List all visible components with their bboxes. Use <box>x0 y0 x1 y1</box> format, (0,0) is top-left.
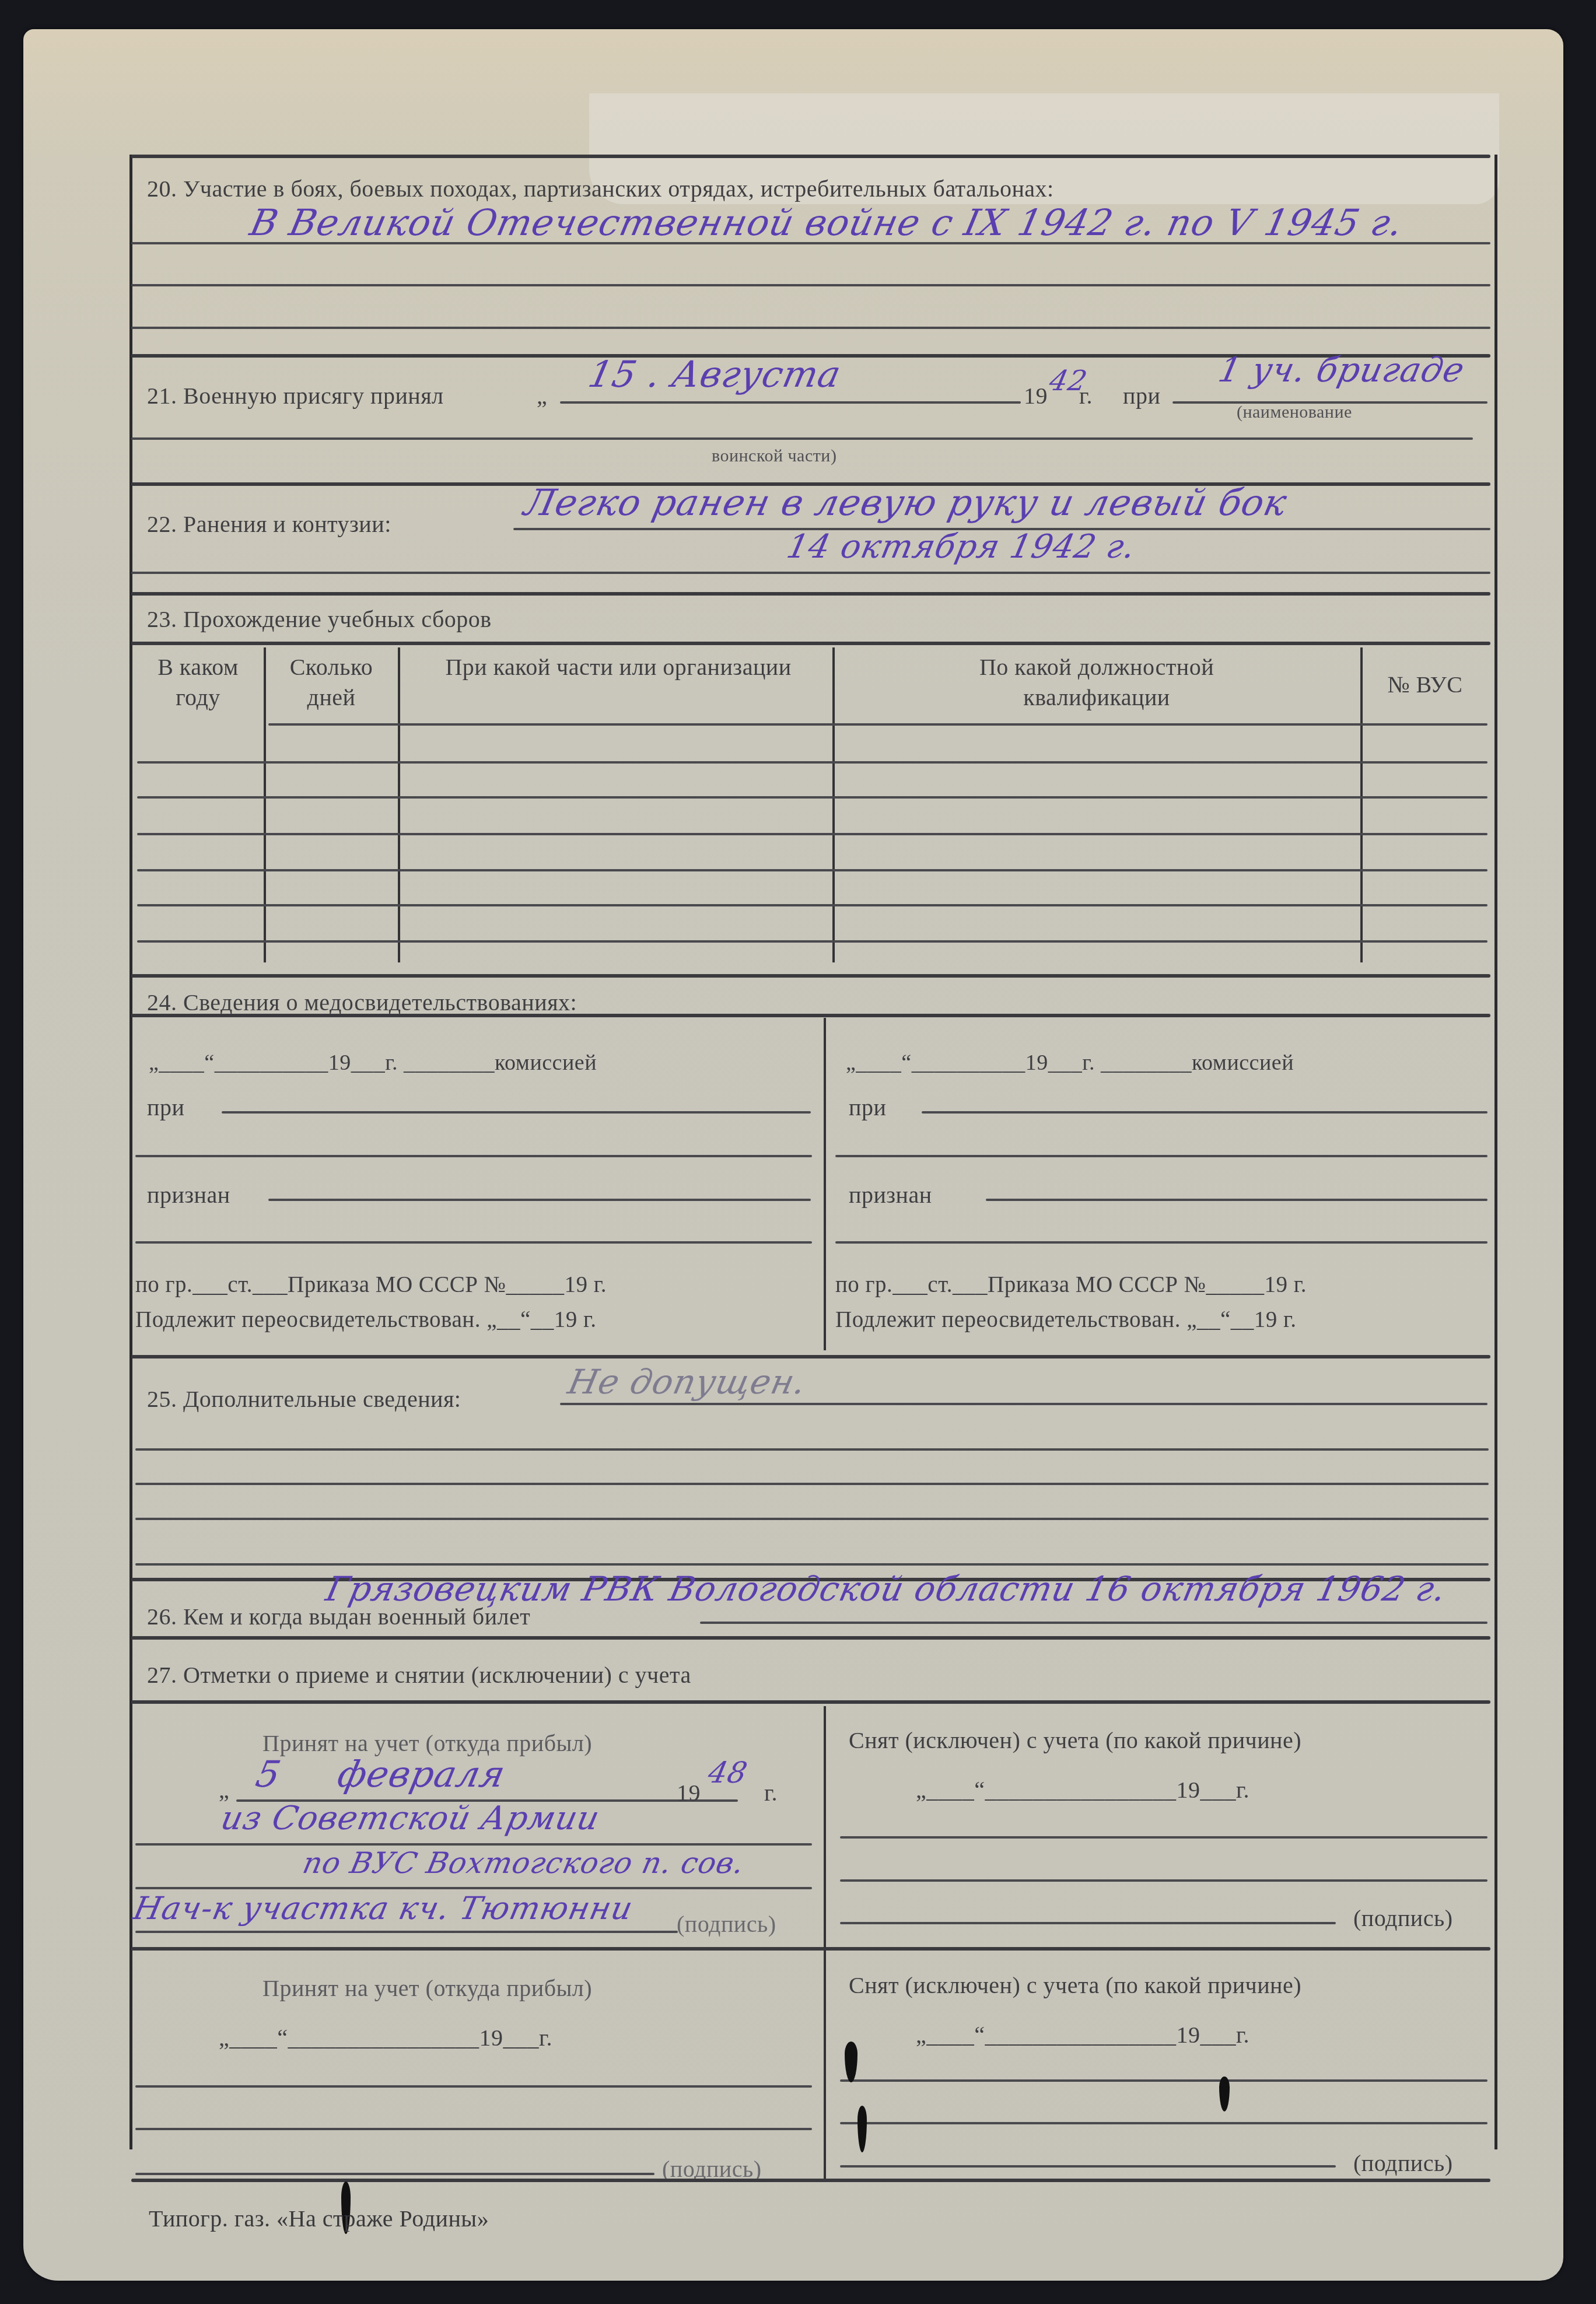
fill-line <box>922 1111 1487 1114</box>
accepted-date-2: „____“________________19___г. <box>219 2024 552 2051</box>
fill-line <box>835 1241 1487 1244</box>
bottom-border <box>131 2179 1490 2182</box>
fill-line <box>560 1403 1487 1405</box>
col-header-vus: № ВУС <box>1364 671 1486 698</box>
year-suffix: г. <box>1079 382 1093 409</box>
table-row-line <box>137 869 1487 871</box>
table-row-line <box>137 761 1487 764</box>
fill-line <box>135 1563 1489 1566</box>
accepted-year-prefix-1: 19 <box>677 1779 701 1806</box>
fill-line <box>135 1448 1489 1451</box>
col-divider <box>1360 647 1363 962</box>
med-order-line-right: по гр.___ст.___Приказа МО СССР №_____19 … <box>835 1272 1307 1298</box>
signature-line <box>135 2173 654 2175</box>
wound-handwritten-line2: 14 октября 1942 г. <box>783 528 1139 566</box>
accepted-label-2: Принят на учет (откуда прибыл) <box>262 1974 592 2002</box>
oath-unit-handwritten: 1 уч. бригаде <box>1215 350 1468 390</box>
fill-line <box>986 1199 1487 1201</box>
col-divider <box>832 647 835 962</box>
fill-line <box>268 1199 811 1201</box>
divider <box>131 1355 1490 1358</box>
oath-date-handwritten: 15 . Августа <box>584 353 845 395</box>
divider <box>131 1636 1490 1640</box>
table-top-border <box>131 642 1490 645</box>
fill-line <box>135 2128 812 2130</box>
section-24-split <box>824 1018 826 1350</box>
fill-line <box>131 327 1490 329</box>
med-date-line-right: „____“__________19___г. ________комиссие… <box>846 1050 1294 1076</box>
med-date-line-left: „____“__________19___г. ________комиссие… <box>149 1050 597 1076</box>
med-recheck-line-left: Подлежит переосвидетельствован. „__“__19… <box>135 1307 596 1333</box>
fill-line <box>700 1622 1487 1624</box>
table-row-line <box>137 796 1487 799</box>
signature-line <box>840 1922 1336 1924</box>
fill-line <box>135 1843 812 1846</box>
med-order-line-left: по гр.___ст.___Приказа МО СССР №_____19 … <box>135 1272 607 1298</box>
divider <box>131 1014 1490 1017</box>
accepted-year-suffix-1: г. <box>764 1779 778 1806</box>
removed-label-1: Снят (исключен) с учета (по какой причин… <box>849 1727 1301 1754</box>
col-header-year: В каком году <box>135 652 261 713</box>
table-row-line <box>137 904 1487 906</box>
med-priznan-left: признан <box>147 1181 230 1209</box>
section-24-label: 24. Сведения о медосвидетельствованиях: <box>147 989 577 1016</box>
fill-line <box>135 1518 1489 1520</box>
section-20-handwritten: В Великой Отечественной войне с IX 1942 … <box>246 201 1407 244</box>
signature-caption-1: (подпись) <box>677 1910 776 1938</box>
section-25-handwritten: Не допущен. <box>565 1362 810 1402</box>
open-quote: „ <box>537 382 547 409</box>
divider <box>131 1700 1490 1704</box>
med-pri-right: при <box>849 1094 886 1121</box>
removed-date-2: „____“________________19___г. <box>916 2021 1249 2049</box>
accepted-line1-handwritten-1: из Советской Армии <box>218 1799 603 1837</box>
fill-line <box>835 1155 1487 1157</box>
col-header-qualification: По какой должностной квалификации <box>910 652 1283 713</box>
divider <box>131 592 1490 596</box>
fill-line <box>135 1887 812 1889</box>
section-21-label: 21. Военную присягу принял <box>147 382 444 409</box>
wound-handwritten-line1: Легко ранен в левую руку и левый бок <box>520 481 1291 524</box>
fill-line <box>135 2085 812 2088</box>
section-20-label: 20. Участие в боях, боевых походах, парт… <box>147 175 1054 202</box>
fill-line <box>840 1879 1487 1882</box>
col-header-unit: При какой части или организации <box>443 652 793 682</box>
removed-date-1: „____“________________19___г. <box>916 1776 1249 1804</box>
col-divider <box>264 647 266 962</box>
signature-caption-2: (подпись) <box>1353 1904 1453 1932</box>
section-27-label: 27. Отметки о приеме и снятии (исключени… <box>147 1661 691 1689</box>
divider <box>131 155 1490 158</box>
signature-line <box>840 2165 1336 2168</box>
fill-line <box>135 1241 812 1244</box>
printer-imprint: Типогр. газ. «На страже Родины» <box>149 2205 489 2232</box>
section-25-label: 25. Дополнительные сведения: <box>147 1385 461 1413</box>
divider <box>131 974 1490 978</box>
table-row-line <box>137 833 1487 835</box>
date-fill-line <box>560 401 1021 404</box>
fill-line <box>840 2079 1487 2082</box>
fill-line <box>840 2122 1487 2124</box>
med-priznan-right: признан <box>849 1181 932 1209</box>
fill-line <box>135 1155 812 1157</box>
section-23-label: 23. Прохождение учебных сборов <box>147 605 492 633</box>
fill-line <box>131 242 1490 244</box>
fill-line <box>131 284 1490 286</box>
unit-caption-bottom: воинской части) <box>712 446 836 466</box>
med-recheck-line-right: Подлежит переосвидетельствован. „__“__19… <box>835 1307 1296 1333</box>
section-22-label: 22. Ранения и контузии: <box>147 510 391 538</box>
fill-line <box>131 572 1490 574</box>
accepted-month-handwritten-1: февраля <box>334 1753 509 1795</box>
table-header-bottom <box>268 723 1487 726</box>
fill-line <box>840 1836 1487 1839</box>
fill-line <box>222 1111 811 1114</box>
signature-line <box>135 1931 678 1933</box>
fill-line <box>135 1483 1489 1485</box>
removed-label-2: Снят (исключен) с учета (по какой причин… <box>849 1972 1301 1999</box>
divider <box>131 1947 1490 1951</box>
signature-caption-4: (подпись) <box>1353 2149 1453 2177</box>
section-27-split <box>824 1706 826 2179</box>
col-divider <box>398 647 400 962</box>
unit-caption-top: (наименование <box>1237 402 1352 422</box>
med-pri-left: при <box>147 1094 184 1121</box>
at-label: при <box>1123 382 1160 409</box>
fill-line <box>131 437 1473 440</box>
accepted-line2-handwritten-1: по ВУС Вохтогского п. сов. <box>300 1846 748 1880</box>
col-header-days: Сколько дней <box>267 652 395 713</box>
table-row-line <box>137 940 1487 943</box>
accepted-year-handwritten-1: 48 <box>705 1756 751 1790</box>
section-26-handwritten: Грязовецким РВК Вологодской области 16 о… <box>323 1569 1450 1609</box>
accepted-signature-handwritten-1: Нач-к участка кч. Тютюнни <box>130 1890 636 1927</box>
year-prefix: 19 <box>1024 382 1048 409</box>
